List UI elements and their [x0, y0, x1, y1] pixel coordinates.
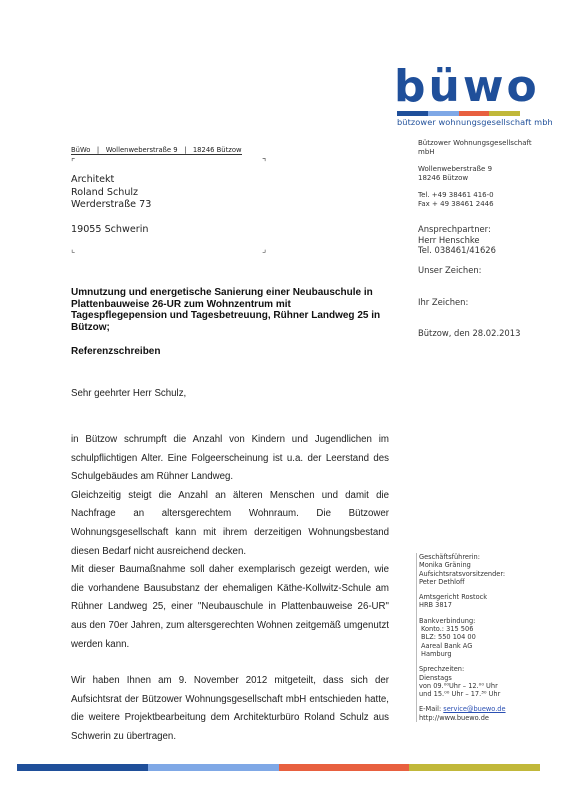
- management-name: Monika Gräning: [419, 561, 506, 569]
- body-paragraph: Gleichzeitig steigt die Anzahl an ältere…: [71, 487, 389, 561]
- window-corner-bottom-left: ⌞: [71, 246, 75, 255]
- company-legal-info: Geschäftsführerin: Monika Gräning Aufsic…: [416, 553, 506, 722]
- bank-city: Hamburg: [419, 650, 506, 658]
- recipient-line: Werderstraße 73: [71, 199, 151, 212]
- company-logo-wordmark: büwo: [394, 62, 540, 112]
- recipient-line: Architekt: [71, 174, 151, 187]
- logo-bar-segment-blue: [397, 111, 428, 116]
- bank-label: Bankverbindung:: [419, 617, 506, 625]
- letter-subject: Umnutzung und energetische Sanierung ein…: [71, 287, 381, 333]
- body-paragraph: Wir haben Ihnen am 9. November 2012 mitg…: [71, 672, 389, 746]
- your-reference-label: Ihr Zeichen:: [418, 297, 468, 308]
- logo-bar-segment-olive: [489, 111, 520, 116]
- contact-name: Herr Henschke: [418, 235, 496, 246]
- footer-bar-segment-blue: [17, 764, 148, 771]
- logo-bar-segment-orange: [459, 111, 490, 116]
- company-name-suffix: mbH: [418, 148, 532, 157]
- letter-subject-ref: Referenzschreiben: [71, 346, 160, 357]
- letter-date: Bützow, den 28.02.2013: [418, 328, 520, 339]
- email-line: E-Mail: service@buewo.de: [419, 705, 506, 713]
- recipient-address: Architekt Roland Schulz Werderstraße 73 …: [71, 174, 151, 237]
- letter-body: in Bützow schrumpft die Anzahl von Kinde…: [71, 431, 389, 747]
- office-hours-morning: von 09.⁰⁰Uhr – 12.⁰⁰ Uhr: [419, 682, 506, 690]
- contact-person: Ansprechpartner: Herr Henschke Tel. 0384…: [418, 224, 496, 256]
- email-label: E-Mail:: [419, 705, 443, 713]
- window-corner-top-left: ⌜: [71, 159, 75, 168]
- company-logo-subtitle: bützower wohnungsgesellschaft mbh: [397, 117, 553, 127]
- footer-color-bar: [17, 764, 540, 771]
- recipient-line: 19055 Schwerin: [71, 224, 151, 237]
- company-name: Bützower Wohnungsgesellschaft: [418, 139, 532, 148]
- logo-bar-segment-lightblue: [428, 111, 459, 116]
- office-hours-label: Sprechzeiten:: [419, 665, 506, 673]
- board-label: Aufsichtsratsvorsitzender:: [419, 570, 506, 578]
- window-corner-bottom-right: ⌟: [262, 246, 266, 255]
- website: http://www.buewo.de: [419, 714, 506, 722]
- office-hours-afternoon: und 15.⁰⁰ Uhr – 17.³⁰ Uhr: [419, 690, 506, 698]
- contact-label: Ansprechpartner:: [418, 224, 496, 235]
- footer-bar-segment-olive: [409, 764, 540, 771]
- management-label: Geschäftsführerin:: [419, 553, 506, 561]
- footer-bar-segment-orange: [279, 764, 410, 771]
- company-tel: Tel. +49 38461 416-0: [418, 191, 532, 200]
- our-reference-label: Unser Zeichen:: [418, 265, 481, 276]
- contact-tel: Tel. 038461/41626: [418, 245, 496, 256]
- bank-name: Aareal Bank AG: [419, 642, 506, 650]
- sender-return-line: BüWo | Wollenweberstraße 9 | 18246 Bützo…: [71, 146, 242, 155]
- footer-bar-segment-lightblue: [148, 764, 279, 771]
- email-link[interactable]: service@buewo.de: [443, 705, 505, 713]
- company-info: Bützower Wohnungsgesellschaft mbH Wollen…: [418, 139, 532, 209]
- bank-code: BLZ: 550 104 00: [419, 633, 506, 641]
- salutation: Sehr geehrter Herr Schulz,: [71, 385, 389, 404]
- hrb-number: HRB 3817: [419, 601, 506, 609]
- body-paragraph: in Bützow schrumpft die Anzahl von Kinde…: [71, 431, 389, 487]
- bank-account: Konto.: 315 506: [419, 625, 506, 633]
- recipient-line: [71, 212, 151, 225]
- office-hours-day: Dienstags: [419, 674, 506, 682]
- body-paragraph: Mit dieser Baumaßnahme soll daher exempl…: [71, 561, 389, 654]
- company-street: Wollenweberstraße 9: [418, 165, 532, 174]
- window-corner-top-right: ⌝: [262, 159, 266, 168]
- recipient-line: Roland Schulz: [71, 187, 151, 200]
- court: Amtsgericht Rostock: [419, 593, 506, 601]
- logo-color-bar: [397, 111, 520, 116]
- board-name: Peter Dethloff: [419, 578, 506, 586]
- company-fax: Fax + 49 38461 2446: [418, 200, 532, 209]
- company-city: 18246 Bützow: [418, 174, 532, 183]
